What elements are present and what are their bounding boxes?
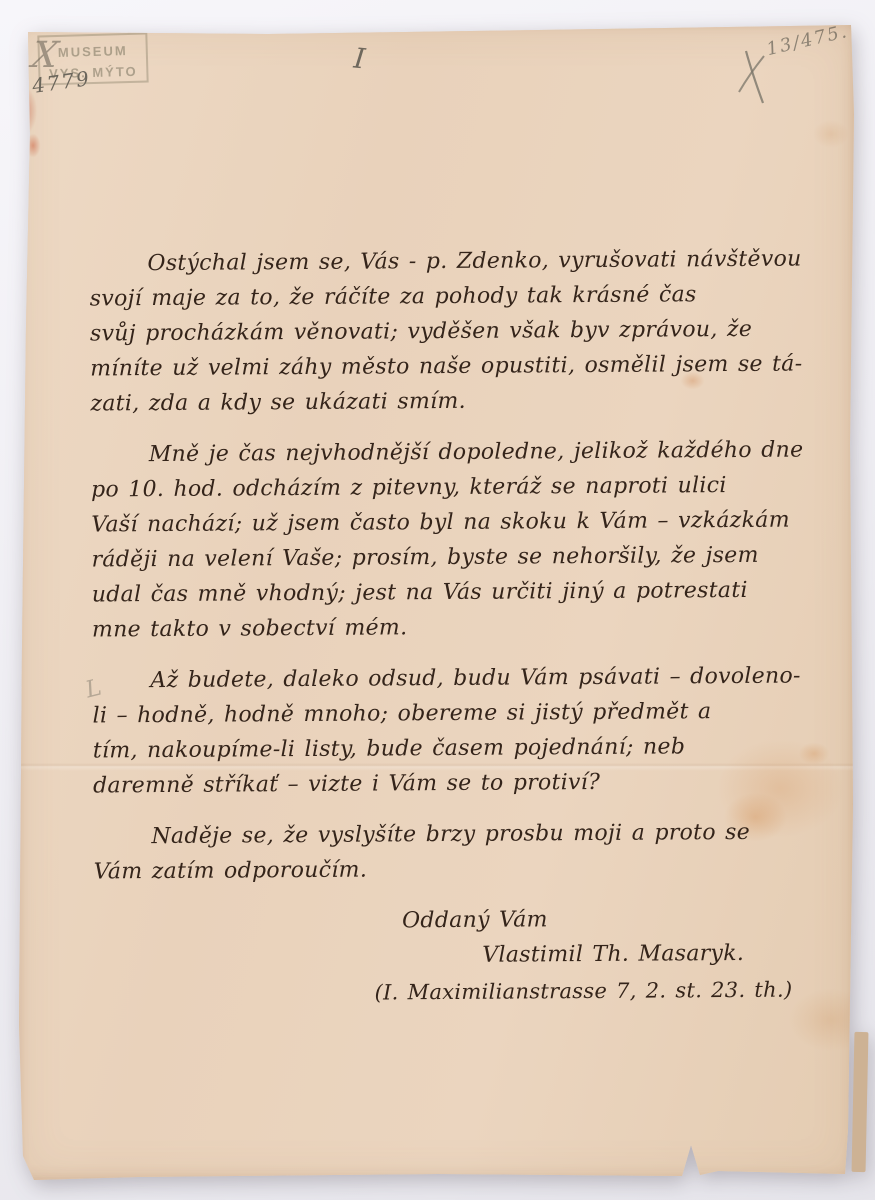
letter-line: ráději na velení Vaše; prosím, byste se … — [91, 538, 801, 578]
pencil-cross-mark-icon — [736, 48, 774, 106]
letter-line: zati, zda a kdy se ukázati smím. — [90, 382, 800, 422]
letter-line: Naděje se, že vyslyšíte brzy prosbu moji… — [93, 815, 803, 855]
letter-paragraph: Až budete, daleko odsud, budu Vám psávat… — [92, 659, 803, 804]
letter-body: Ostýchal jsem se, Vás - p. Zdenko, vyruš… — [89, 242, 804, 1013]
signature: Vlastimil Th. Masaryk. — [482, 936, 804, 973]
letter-line: Až budete, daleko odsud, budu Vám psávat… — [92, 659, 802, 699]
letter-line: tím, nakoupíme-li listy, bude časem poje… — [93, 729, 803, 769]
letter-sheet-wrapper: MUSEUM VYS. MÝTO X 4779 I 13/475. L Ostý… — [0, 0, 875, 1200]
letter-paragraph: Mně je čas nejvhodnější dopoledne, jelik… — [91, 433, 802, 648]
letter-line: Vám zatím odporoučím. — [94, 850, 804, 890]
letter-line: udal čas mně vhodný; jest na Vás určiti … — [92, 573, 802, 613]
letter-line: po 10. hod. odcházím z pitevny, kteráž s… — [91, 468, 801, 508]
letter-line: daremně stříkať – vizte i Vám se to prot… — [93, 764, 803, 804]
paper-edge-sliver — [852, 1032, 869, 1172]
letter-line: li – hodně, hodně mnoho; obereme si jist… — [92, 694, 802, 734]
letter-line: Vaší nachází; už jsem často byl na skoku… — [91, 503, 801, 543]
archive-number: 13/475. — [765, 21, 851, 60]
letter-line: svojí maje za to, že ráčíte za pohody ta… — [90, 277, 800, 317]
letter-line: Mně je čas nejvhodnější dopoledne, jelik… — [91, 433, 801, 473]
valediction: Oddaný Vám — [402, 901, 804, 939]
letter-paper: MUSEUM VYS. MÝTO X 4779 I 13/475. L Ostý… — [18, 24, 856, 1182]
letter-line: Ostýchal jsem se, Vás - p. Zdenko, vyruš… — [89, 242, 799, 282]
museum-stamp-line1: MUSEUM — [58, 43, 128, 60]
letter-line: svůj procházkám věnovati; vyděšen však b… — [90, 312, 800, 352]
address-line: (I. Maximilianstrasse 7, 2. st. 23. th.) — [374, 973, 804, 1011]
pencil-roman-numeral-mark: I — [352, 42, 366, 76]
photo-backdrop: MUSEUM VYS. MÝTO X 4779 I 13/475. L Ostý… — [0, 0, 875, 1200]
letter-line: míníte už velmi záhy město naše opustiti… — [90, 347, 800, 387]
letter-paragraph: Ostýchal jsem se, Vás - p. Zdenko, vyruš… — [89, 242, 800, 422]
letter-paragraph: Naděje se, že vyslyšíte brzy prosbu moji… — [93, 815, 803, 890]
letter-line: mne takto v sobectví mém. — [92, 608, 802, 648]
